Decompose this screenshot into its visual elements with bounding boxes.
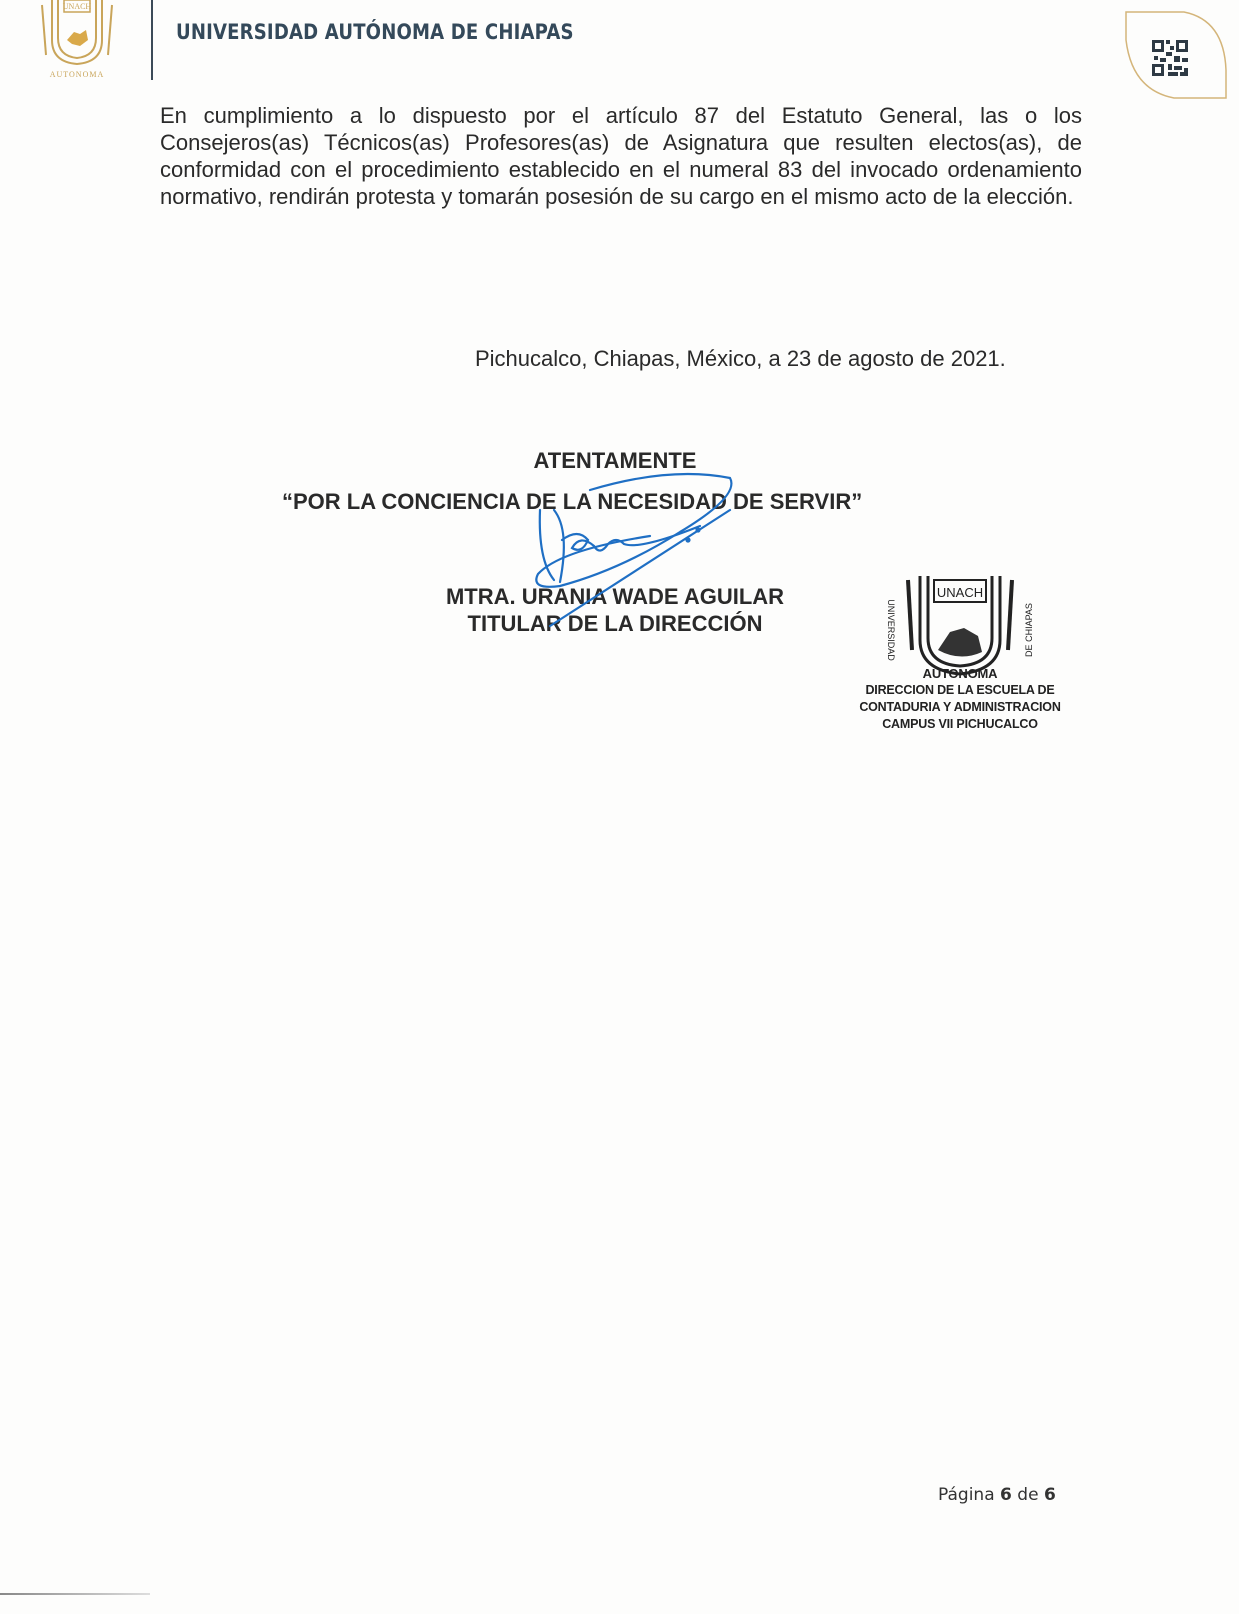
header-divider [151, 0, 153, 80]
stamp-line: AUTONOMA [840, 665, 1080, 682]
stamp-line: CONTADURIA Y ADMINISTRACION [840, 699, 1080, 716]
university-logo: UNACH AUTONOMA [22, 0, 132, 82]
qr-code-icon [1124, 10, 1229, 100]
body-paragraph: En cumplimiento a lo dispuesto por el ar… [160, 102, 1082, 210]
svg-text:UNACH: UNACH [937, 585, 983, 600]
page-number: Página 6 de 6 [938, 1485, 1056, 1505]
svg-text:AUTONOMA: AUTONOMA [50, 70, 105, 79]
place-date: Pichucalco, Chiapas, México, a 23 de ago… [475, 346, 1006, 372]
signature-icon [520, 470, 780, 650]
svg-text:DE CHIAPAS: DE CHIAPAS [1024, 603, 1034, 657]
stamp-line: DIRECCION DE LA ESCUELA DE [840, 682, 1080, 699]
svg-text:UNACH: UNACH [63, 2, 92, 11]
institution-name: UNIVERSIDAD AUTÓNOMA DE CHIAPAS [176, 20, 574, 44]
svg-text:UNIVERSIDAD: UNIVERSIDAD [886, 599, 896, 661]
bottom-divider [0, 1593, 150, 1595]
stamp-caption: AUTONOMA DIRECCION DE LA ESCUELA DE CONT… [840, 665, 1080, 733]
stamp-line: CAMPUS VII PICHUCALCO [840, 716, 1080, 733]
